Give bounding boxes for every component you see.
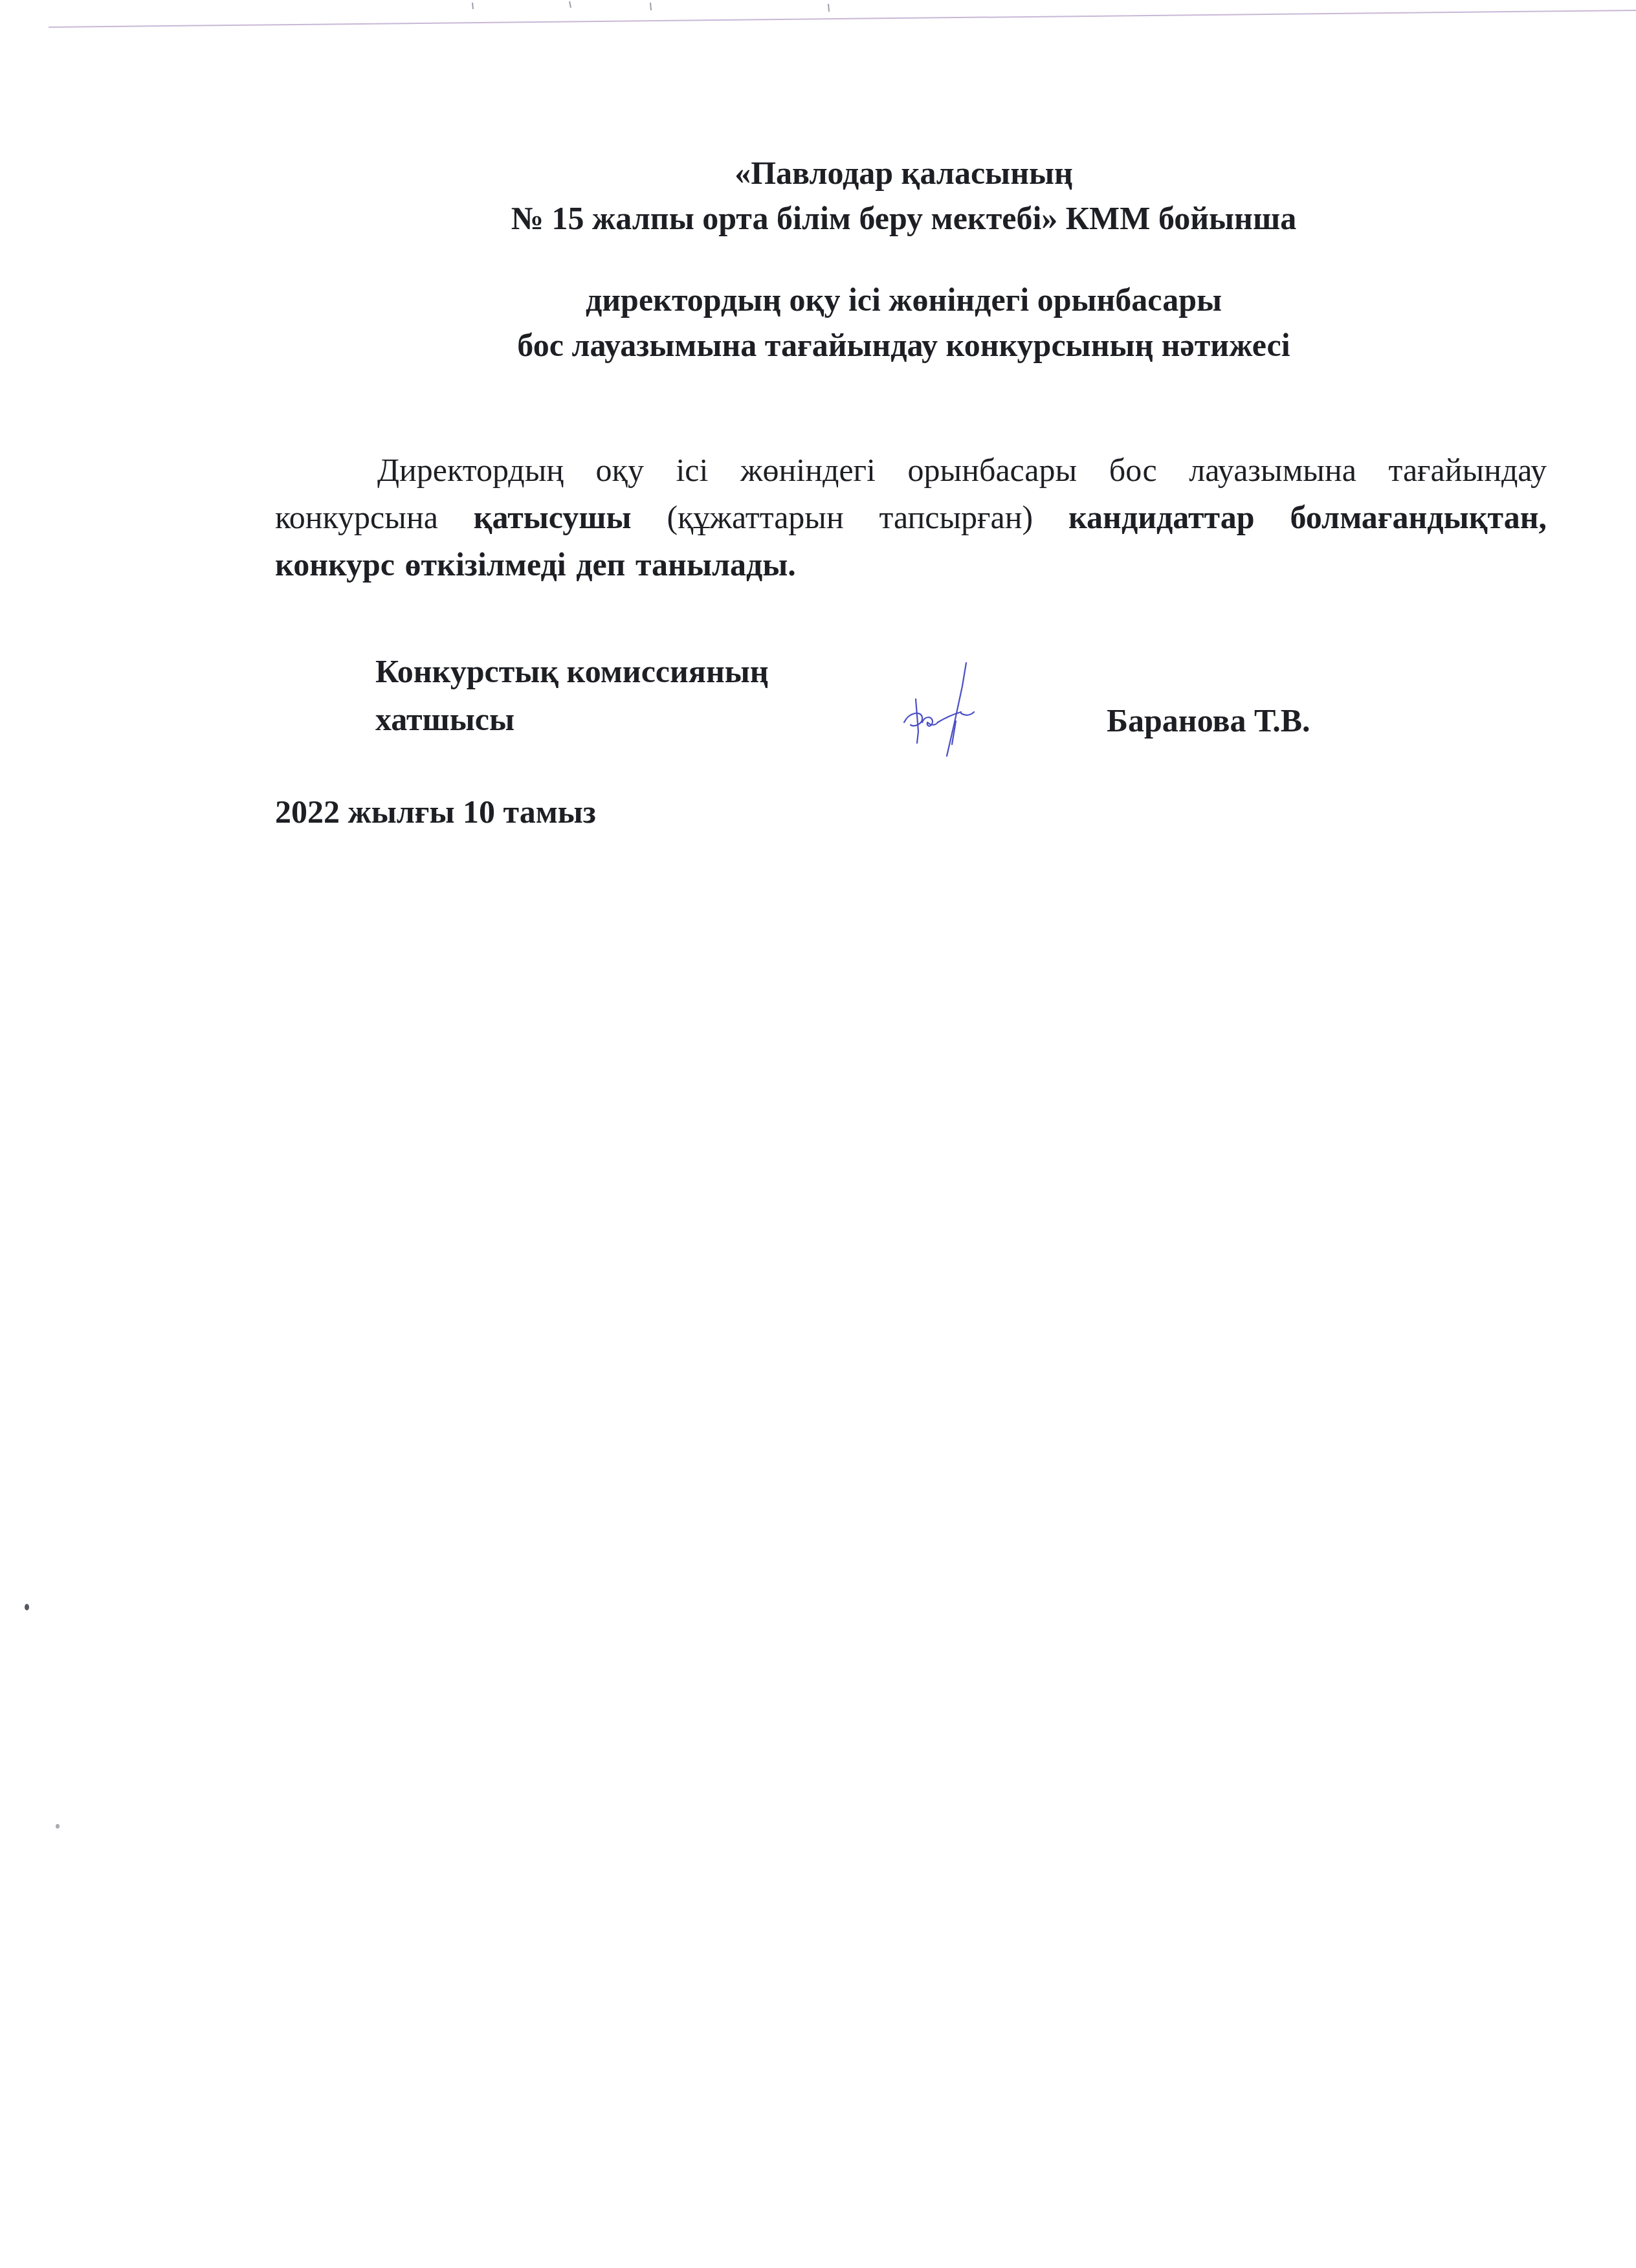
- signatory-name: Баранова Т.В.: [1107, 696, 1310, 744]
- body-text-participant: қатысушы: [474, 499, 632, 535]
- title-spacer: [171, 241, 1636, 277]
- title-line-3: директордың оқу ісі жөніндегі орынбасары: [171, 277, 1636, 322]
- signatory-role-line-1: Конкурстық комиссияның: [375, 647, 769, 695]
- signatory-role: Конкурстық комиссияның хатшысы: [375, 647, 769, 743]
- scan-speck: [56, 1824, 60, 1829]
- body-text-2: (құжаттарын тапсырған): [632, 499, 1068, 535]
- scan-speck: [25, 1604, 29, 1610]
- title-line-2: № 15 жалпы орта білім беру мектебі» КММ …: [171, 195, 1636, 241]
- signatory-role-line-2: хатшысы: [375, 695, 769, 743]
- title-line-4: бос лауазымына тағайындау конкурсының нә…: [171, 322, 1636, 368]
- page-title: «Павлодар қаласының № 15 жалпы орта білі…: [0, 150, 1636, 368]
- title-line-1: «Павлодар қаласының: [171, 150, 1636, 195]
- body-paragraph: Директордың оқу ісі жөніндегі орынбасары…: [275, 447, 1547, 588]
- handwritten-signature-icon: [890, 660, 1006, 757]
- scan-edge-line: [0, 0, 1636, 39]
- document-date: 2022 жылғы 10 тамыз: [275, 788, 596, 836]
